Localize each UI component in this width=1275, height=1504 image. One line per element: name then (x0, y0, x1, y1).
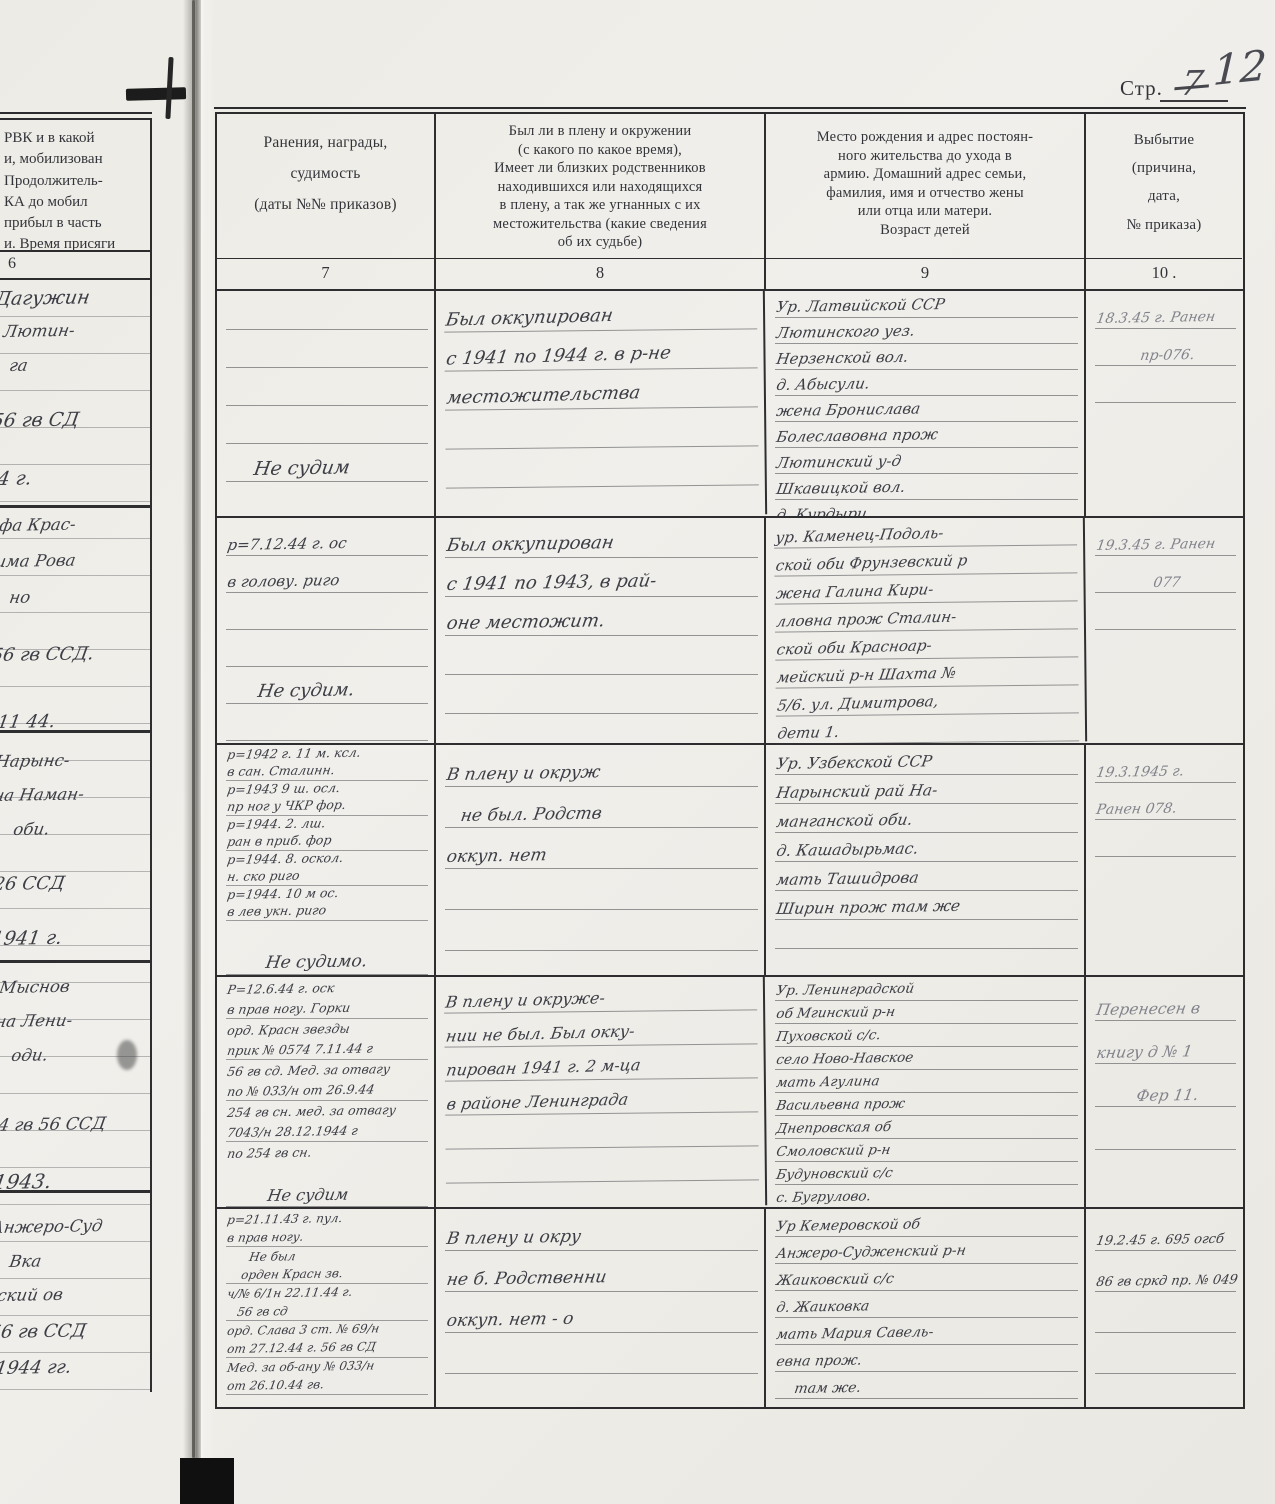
handwriting-line: Ранен 078. (1095, 783, 1236, 820)
handwriting-line: лловна прож Сталин- (775, 601, 1078, 632)
cell-wounds: Р=12.6.44 г. оск в прав ногу. Горки орд.… (217, 977, 436, 1207)
handwriting-text: Ширин прож там же (775, 897, 962, 919)
handwriting-text: в голову. риго (226, 571, 341, 592)
handwriting-text: Нерзенской вол. (775, 348, 910, 369)
handwriting-text: книгу д № 1 (1095, 1042, 1194, 1063)
handwriting-line: орд. Слава 3 ст. № 69/н (226, 1321, 428, 1339)
cell-captivity: Был оккупирован с 1941 по 1943, в рай- о… (436, 518, 766, 743)
handwriting-text: 56 гв сд (236, 1304, 289, 1320)
handwriting-text: В плену и окруже- (444, 988, 606, 1012)
handwriting-line: 19.2.45 г. 695 огсб (1095, 1210, 1236, 1251)
handwriting-fragment: Дагужин (0, 286, 92, 310)
handwriting-line: Лютинского уез. (775, 318, 1078, 344)
handwriting-text: Ур. Латвийской ССР (775, 295, 946, 317)
handwriting-text: Не судим (266, 1184, 350, 1205)
handwriting-text: Днепровская об (775, 1119, 892, 1138)
handwriting-line: в прав ногу. (226, 1228, 428, 1247)
cell-wounds: р=1942 г. 11 м. ксл. в сан. Сталинн. р=1… (217, 745, 436, 975)
handwriting-text: по № 033/н от 26.9.44 (226, 1081, 376, 1100)
scanned-register-page: Стр. 7 12 РВК и в какой и, мобилизован П… (0, 0, 1275, 1504)
handwriting-text: с. Бугрулово. (775, 1188, 872, 1207)
handwriting-text: Ур. Узбекской ССР (775, 752, 933, 774)
handwriting-text: 56 гв сд. Мед. за отвагу (226, 1061, 391, 1080)
handwriting-line: Не судим (226, 444, 428, 482)
ruled-line (446, 1146, 759, 1183)
header-line: фамилия, имя и отчество жены (772, 184, 1078, 203)
handwriting-text: орд. Слава 3 ст. № 69/н (226, 1321, 380, 1339)
handwriting-text: Р=12.6.44 г. оск (226, 980, 336, 998)
handwriting-line: Не судим. (226, 667, 428, 704)
handwriting-line: д. Кашадырьмас. (775, 833, 1078, 862)
ruled-line (226, 704, 428, 741)
handwriting-fragment: 1941 г. (0, 927, 64, 950)
ruled-line (1095, 1333, 1236, 1374)
handwriting-text: 19.2.45 г. 695 огсб (1095, 1232, 1225, 1250)
handwriting-line: Фер 11. (1095, 1064, 1236, 1107)
column7-number: 7 (217, 258, 436, 289)
handwriting-line: мейский р-н Шахта № (775, 657, 1078, 688)
handwriting-line: в лев укн. риго (226, 903, 428, 921)
column10-number: 10 . (1086, 258, 1242, 289)
handwriting-line: жена Бронислава (775, 396, 1078, 422)
handwriting-text: лловна прож Сталин- (775, 607, 958, 631)
handwriting-line: Шкавицкой вол. (775, 474, 1078, 500)
handwriting-line: оккуп. нет - о (445, 1292, 758, 1333)
handwriting-line: 56 гв сд. Мед. за отвагу (226, 1060, 428, 1080)
handwriting-line: в прав ногу. Горки (226, 998, 428, 1019)
handwriting-text: не был. Родств (459, 803, 603, 826)
handwriting-line: 5/6. ул. Димитрова, (776, 685, 1079, 716)
ruled-line (226, 482, 428, 516)
handwriting-text: манганской оби. (775, 810, 914, 831)
handwriting-line: ской оби Красноар- (775, 629, 1078, 660)
column6-header-line: КА до мобил (4, 192, 146, 213)
handwriting-line: оккуп. нет (445, 828, 758, 869)
handwriting-fragment: 26 ССД (0, 873, 66, 895)
handwriting-line: р=7.12.44 г. ос (226, 519, 428, 556)
handwriting-line: Ур. Латвийской ССР (775, 292, 1078, 318)
header-line: местожительства (какие сведения (442, 215, 758, 234)
ruled-line (775, 920, 1078, 949)
column8-header: Был ли в плену и окружении (с какого по … (436, 114, 766, 258)
ruled-line (226, 330, 428, 368)
record-row: р=7.12.44 г. ос в голову. риго Не судим.… (217, 516, 1243, 743)
cell-discharge: 19.2.45 г. 695 огсб 86 гв сркд пр. № 049 (1086, 1209, 1242, 1407)
handwriting-line: 18.3.45 г. Ранен (1095, 292, 1236, 329)
ruled-line (445, 1333, 758, 1374)
handwriting-text: евна прож. (775, 1352, 863, 1370)
cell-address: Ур. Узбекской ССР Нарынский рай На- манг… (766, 745, 1086, 975)
cell-captivity: В плену и окруж не был. Родств оккуп. не… (436, 745, 766, 975)
handwriting-line: мать Агулина (775, 1070, 1078, 1093)
column-number-row: 7 8 9 10 . (217, 258, 1243, 289)
header-line: или отца или матери. (772, 202, 1078, 221)
handwriting-text: Анжеро-Судженский р-н (775, 1243, 967, 1263)
ruled-line (1095, 820, 1236, 857)
handwriting-text: 19.3.1945 г. (1095, 763, 1185, 782)
handwriting-line: 077 (1095, 556, 1236, 593)
record-row: р=1942 г. 11 м. ксл. в сан. Сталинн. р=1… (217, 743, 1243, 975)
handwriting-line: с 1941 по 1943, в рай- (445, 558, 758, 597)
cell-discharge: Перенесен в книгу д № 1 Фер 11. (1086, 977, 1242, 1207)
handwriting-line: Лютинский у-д (775, 448, 1078, 474)
handwriting-line: прик № 0574 7.11.44 г (226, 1039, 428, 1060)
column10-header: Выбытие (причина, дата, № приказа) (1086, 114, 1242, 258)
ruled-line (1095, 366, 1236, 403)
left-page-partial-column: РВК и в какой и, мобилизован Продолжител… (0, 118, 152, 1392)
handwriting-fragment: на Лени- (0, 1011, 74, 1031)
header-line: ного жительства до ухода в (772, 147, 1078, 166)
register-table: Ранения, награды, судимость (даты №№ при… (215, 112, 1245, 1409)
handwriting-text: р=7.12.44 г. ос (226, 534, 348, 555)
handwriting-line: н. ско риго (226, 868, 428, 886)
column6-number: 6 (0, 252, 152, 280)
handwriting-text: в районе Ленинграда (445, 1089, 629, 1114)
cell-captivity: В плену и окруже- нии не был. Был окку- … (435, 975, 767, 1208)
handwriting-text: Был оккупирован (445, 532, 615, 557)
handwriting-text: д. Кашадырьмас. (775, 839, 920, 860)
column6-entries: Дагужин Лютин- га 56 гв СД 4 г. фа Крас-… (0, 280, 152, 1392)
handwriting-fragment: 4 г. (0, 467, 33, 490)
handwriting-text: пр ног у ЧКР фор. (226, 797, 347, 815)
column6-header-line: РВК и в какой (4, 128, 146, 149)
handwriting-text: с 1941 по 1943, в рай- (445, 570, 658, 596)
handwriting-text: ской оби Фрунзевский р (774, 551, 968, 575)
cell-wounds: р=7.12.44 г. ос в голову. риго Не судим. (217, 518, 436, 743)
cell-discharge: 19.3.1945 г. Ранен 078. (1086, 745, 1242, 975)
ruled-line (775, 949, 1078, 975)
handwriting-line: пирован 1941 г. 2 м-ца (445, 1044, 758, 1081)
handwriting-text: Был оккупирован (444, 305, 614, 332)
handwriting-line: с 1941 по 1944 г. в р-не (444, 329, 757, 371)
handwriting-text: село Ново-Навское (775, 1049, 915, 1068)
handwriting-line: орден Красн зв. (226, 1265, 428, 1284)
handwriting-line: евна прож. (775, 1345, 1078, 1372)
cell-wounds: р=21.11.43 г. пул. в прав ногу. Не был о… (217, 1209, 436, 1407)
handwriting-text: р=1944. 2. лш. (226, 815, 327, 833)
handwriting-line: Был оккупирован (445, 519, 758, 558)
column9-header: Место рождения и адрес постоян- ного жит… (766, 114, 1086, 258)
handwriting-text: Будуновский с/с (775, 1165, 894, 1184)
handwriting-line: по № 033/н от 26.9.44 (226, 1080, 428, 1101)
header-line: армию. Домашний адрес семьи, (772, 165, 1078, 184)
handwriting-line: р=1944. 10 м ос. (226, 886, 428, 903)
column8-number: 8 (436, 258, 766, 289)
handwriting-line: от 26.10.44 гв. (226, 1376, 428, 1395)
ruled-line (226, 368, 428, 406)
handwriting-line: жена Галина Кири- (774, 573, 1077, 604)
table-header-row: Ранения, награды, судимость (даты №№ при… (217, 114, 1243, 258)
handwriting-fragment: но (8, 588, 32, 607)
handwriting-text: р=1943 9 ш. осл. (226, 780, 341, 798)
handwriting-text: не б. Родственни (445, 1267, 608, 1291)
handwriting-line: Был оккупирован (444, 290, 757, 332)
handwriting-line: Перенесен в (1095, 978, 1236, 1021)
column7-header: Ранения, награды, судимость (даты №№ при… (217, 114, 436, 258)
handwriting-line: 19.3.45 г. Ранен (1095, 519, 1236, 556)
handwriting-line: нии не был. Был окку- (444, 1010, 757, 1047)
handwriting-text: Жаиковский с/с (775, 1271, 895, 1290)
handwriting-text: пирован 1941 г. 2 м-ца (445, 1055, 642, 1080)
handwriting-line: Пуховской с/с. (775, 1024, 1078, 1047)
handwriting-line: Мед. за об-ану № 033/н (226, 1358, 428, 1376)
handwriting-line: Нерзенской вол. (775, 344, 1078, 370)
handwriting-line: В плену и окруже- (444, 976, 757, 1013)
handwriting-line: р=1944. 2. лш. (226, 816, 428, 833)
cell-captivity: Был оккупирован с 1941 по 1944 г. в р-не… (435, 289, 767, 517)
handwriting-line: пр-076. (1095, 329, 1236, 366)
record-row: р=21.11.43 г. пул. в прав ногу. Не был о… (217, 1207, 1243, 1407)
column6-header: РВК и в какой и, мобилизован Продолжител… (0, 118, 152, 252)
handwriting-fragment: оби. (12, 819, 51, 839)
header-line: Был ли в плену и окружении (442, 122, 758, 141)
column6-header-line: Продолжитель- (4, 171, 146, 192)
handwriting-text: мейский р-н Шахта № (776, 663, 958, 687)
handwriting-text: Лютинского уез. (775, 321, 916, 342)
ruled-line (226, 630, 428, 667)
handwriting-text: Не судим (252, 456, 351, 481)
handwriting-line: с. Бугрулово. (775, 1185, 1078, 1207)
handwriting-line: Нарынский рай На- (775, 775, 1078, 804)
handwriting-line: оне местожит. (445, 597, 758, 636)
header-line: об их судьбе) (442, 233, 758, 252)
handwriting-text: д. Жаиковка (775, 1298, 870, 1317)
row-separator (0, 505, 150, 508)
record-row: Р=12.6.44 г. оск в прав ногу. Горки орд.… (217, 975, 1243, 1207)
handwriting-line: от 27.12.44 г. 56 гв СД (226, 1339, 428, 1358)
handwriting-line: по 254 гв сн. (226, 1142, 428, 1162)
header-line: Место рождения и адрес постоян- (772, 128, 1078, 147)
handwriting-fragment: Вка (8, 1251, 43, 1271)
handwriting-line: Ур. Ленинградской (775, 978, 1078, 1001)
cell-wounds: Не судим (217, 291, 436, 516)
header-line: в плену, а так же угнанных с их (442, 196, 758, 215)
handwriting-text: Ур Кемеровской об (775, 1216, 921, 1235)
handwriting-line: Не судимо. (226, 944, 428, 975)
handwriting-fragment: оди. (10, 1045, 49, 1065)
handwriting-line: об Мгинский р-н (775, 1001, 1078, 1024)
ruled-line (1095, 1292, 1236, 1333)
handwriting-text: д. Курдыри. (775, 504, 873, 516)
handwriting-text: оккуп. нет (445, 845, 548, 868)
ruled-line (1095, 593, 1236, 630)
column6-header-line: и. Время присяги (4, 234, 146, 255)
handwriting-line: не б. Родственни (445, 1251, 758, 1292)
handwriting-text: местожительства (445, 382, 642, 409)
handwriting-line: В плену и окру (445, 1210, 758, 1251)
handwriting-text: Лютинский у-д (775, 452, 903, 473)
handwriting-line: д. Жаиковка (775, 1291, 1078, 1318)
handwriting-text: оккуп. нет - о (445, 1309, 575, 1332)
handwriting-text: там же. (793, 1380, 862, 1398)
handwriting-text: орд. Красн звезды (226, 1021, 351, 1039)
handwriting-text: р=1944. 8. оскол. (226, 850, 344, 868)
handwriting-line: В плену и окруж (445, 746, 758, 787)
handwriting-text: ч/№ 6/1н 22.11.44 г. (226, 1285, 354, 1302)
handwriting-text: жена Бронислава (775, 399, 922, 420)
handwriting-text: ской оби Красноар- (775, 636, 933, 659)
header-line: дата, (1092, 187, 1236, 206)
cell-address: ур. Каменец-Подоль- ской оби Фрунзевский… (765, 516, 1087, 744)
handwriting-fragment: 11 44. (0, 711, 57, 733)
cell-address: Ур. Ленинградской об Мгинский р-н Пуховс… (766, 977, 1086, 1207)
handwriting-line: в районе Ленинграда (445, 1078, 758, 1115)
handwriting-fragment: фа Крас- (0, 515, 77, 535)
handwriting-line: орд. Красн звезды (226, 1019, 428, 1039)
handwriting-line: Болеславовна прож (775, 422, 1078, 448)
handwriting-text: прик № 0574 7.11.44 г (226, 1040, 374, 1059)
handwriting-fragment: 56 гв СД (0, 408, 81, 432)
row-separator (0, 960, 150, 963)
handwriting-line: 254 гв сн. мед. за отвагу (226, 1101, 428, 1121)
ruled-line (226, 593, 428, 630)
ruled-line (1095, 1107, 1236, 1150)
handwriting-line: в голову. риго (226, 556, 428, 593)
handwriting-text: 18.3.45 г. Ранен (1095, 309, 1216, 328)
column6-header-line: прибыл в часть (4, 213, 146, 234)
handwriting-line: Ур. Узбекской ССР (775, 746, 1078, 775)
handwriting-text: Васильевна прож (775, 1096, 906, 1115)
ruled-line (226, 406, 428, 444)
handwriting-text: ур. Каменец-Подоль- (774, 524, 945, 548)
handwriting-text: жена Галина Кири- (775, 580, 935, 603)
header-line: находившихся или находящихся (442, 178, 758, 197)
column6-header-line: и, мобилизован (4, 149, 146, 170)
handwriting-text: 7043/н 28.12.1944 г (226, 1123, 359, 1141)
header-line: Выбытие (1092, 131, 1236, 150)
handwriting-fragment: ский ов (0, 1285, 64, 1305)
handwriting-text: оне местожит. (445, 610, 606, 635)
handwriting-fragment: 56 гв ССД. (0, 643, 95, 666)
handwriting-text: Смоловский р-н (775, 1142, 892, 1161)
cell-captivity: В плену и окру не б. Родственни оккуп. н… (436, 1209, 766, 1407)
handwriting-text: в прав ногу. Горки (226, 1000, 352, 1018)
header-line: № приказа) (1092, 216, 1236, 235)
handwriting-line: дети 1. (776, 713, 1079, 744)
handwriting-text: в лев укн. риго (226, 902, 327, 920)
handwriting-fragment: Лютин- (2, 321, 76, 341)
handwriting-line: мать Мария Савель- (775, 1318, 1078, 1345)
handwriting-line: ской оби Фрунзевский р (774, 545, 1077, 576)
handwriting-text: дети 1. (776, 723, 840, 744)
handwriting-line: 19.3.1945 г. (1095, 746, 1236, 783)
handwriting-text: нии не был. Был окку- (445, 1021, 636, 1046)
handwriting-text: от 26.10.44 гв. (226, 1377, 325, 1394)
handwriting-text: пр-076. (1139, 347, 1196, 365)
handwriting-line: р=1942 г. 11 м. ксл. (226, 746, 428, 763)
header-line: судимость (223, 164, 428, 184)
handwriting-text: по 254 гв сн. (226, 1144, 313, 1161)
handwriting-text: Не был (248, 1249, 297, 1265)
handwriting-text: мать Агулина (775, 1073, 881, 1092)
handwriting-line: Ширин прож там же (775, 891, 1078, 920)
handwriting-text: 077 (1152, 574, 1182, 591)
header-line: (причина, (1092, 159, 1236, 178)
handwriting-fragment: има Рова (0, 551, 77, 571)
handwriting-line: ур. Каменец-Подоль- (774, 517, 1077, 548)
handwriting-line: Не был (226, 1247, 428, 1265)
handwriting-line: 56 гв сд (226, 1302, 428, 1321)
handwriting-text: Ур. Ленинградской (775, 980, 915, 999)
handwriting-line: там же. (775, 1372, 1078, 1399)
handwriting-text: Фер 11. (1135, 1086, 1200, 1106)
handwriting-text: р=21.11.43 г. пул. (226, 1211, 344, 1228)
handwriting-line: Жаиковский с/с (775, 1264, 1078, 1291)
handwriting-line: Анжеро-Судженский р-н (775, 1237, 1078, 1264)
handwriting-line: 86 гв сркд пр. № 049 (1095, 1251, 1236, 1292)
handwriting-text: Болеславовна прож (775, 425, 939, 447)
handwriting-fragment: Анжеро-Суд (0, 1216, 104, 1237)
handwriting-line: Днепровская об (775, 1116, 1078, 1139)
handwriting-text: орден Красн зв. (240, 1266, 344, 1283)
handwriting-line: р=1943 9 ш. осл. (226, 781, 428, 798)
handwriting-line: Ур Кемеровской об (775, 1210, 1078, 1237)
header-line: (даты №№ приказов) (223, 195, 428, 215)
handwriting-text: Ранен 078. (1095, 800, 1178, 818)
ruled-line (445, 910, 758, 951)
ruled-line (445, 675, 758, 714)
handwriting-fragment: 1944 гг. (0, 1357, 73, 1379)
page-number-handwritten: 12 (1212, 41, 1268, 95)
handwriting-text: в сан. Сталинн. (226, 762, 336, 780)
handwriting-text: об Мгинский р-н (775, 1004, 896, 1023)
handwriting-line: в сан. Сталинн. (226, 763, 428, 781)
ruled-line (445, 636, 758, 675)
header-line: Имеет ли близких родственников (442, 159, 758, 178)
record-row: Не судим Был оккупирован с 1941 по 1944 … (217, 289, 1243, 516)
handwriting-text: р=1942 г. 11 м. ксл. (226, 745, 362, 763)
handwriting-line: р=1944. 8. оскол. (226, 851, 428, 868)
cell-discharge: 18.3.45 г. Ранен пр-076. (1086, 291, 1242, 516)
ink-mark-horizontal (126, 87, 186, 101)
handwriting-line: р=21.11.43 г. пул. (226, 1210, 428, 1228)
ruled-line (445, 1112, 758, 1149)
handwriting-text: Пуховской с/с. (775, 1027, 882, 1046)
handwriting-text: от 27.12.44 г. 56 гв СД (226, 1339, 377, 1357)
handwriting-line: манганской оби. (775, 804, 1078, 833)
book-gutter-line (192, 0, 195, 1458)
handwriting-text: Мед. за об-ану № 033/н (226, 1358, 375, 1376)
handwriting-fragment: на Наман- (0, 784, 85, 805)
handwriting-text: В плену и окру (445, 1226, 582, 1249)
header-line: Возраст детей (772, 221, 1078, 240)
handwriting-text: Перенесен в (1095, 999, 1202, 1020)
handwriting-line: ч/№ 6/1н 22.11.44 г. (226, 1284, 428, 1302)
ruled-line (445, 407, 758, 449)
handwriting-line: книгу д № 1 (1095, 1021, 1236, 1064)
cell-address: Ур Кемеровской об Анжеро-Судженский р-н … (766, 1209, 1086, 1407)
handwriting-line: село Ново-Навское (775, 1047, 1078, 1070)
handwriting-text: д. Абысули. (775, 374, 871, 395)
cell-discharge: 19.3.45 г. Ранен 077 (1086, 518, 1242, 743)
page-edge-highlight (201, 0, 214, 1504)
handwriting-text: 86 гв сркд пр. № 049 (1095, 1272, 1239, 1290)
ruled-line (226, 292, 428, 330)
handwriting-fragment: 56 гв ССД (0, 1320, 88, 1343)
handwriting-line: не был. Родств (445, 787, 758, 828)
handwriting-text: мать Ташидрова (775, 868, 920, 889)
handwriting-line: Васильевна прож (775, 1093, 1078, 1116)
handwriting-line: мать Ташидрова (775, 862, 1078, 891)
handwriting-line: д. Абысули. (775, 370, 1078, 396)
handwriting-line: Смоловский р-н (775, 1139, 1078, 1162)
handwriting-text: 254 гв сн. мед. за отвагу (226, 1102, 397, 1121)
cell-address: Ур. Латвийской ССР Лютинского уез. Нерзе… (766, 291, 1086, 516)
handwriting-fragment: га (8, 356, 29, 375)
handwriting-text: н. ско риго (226, 868, 301, 885)
handwriting-line: местожительства (445, 368, 758, 410)
handwriting-fragment: Нарынс- (0, 751, 71, 771)
